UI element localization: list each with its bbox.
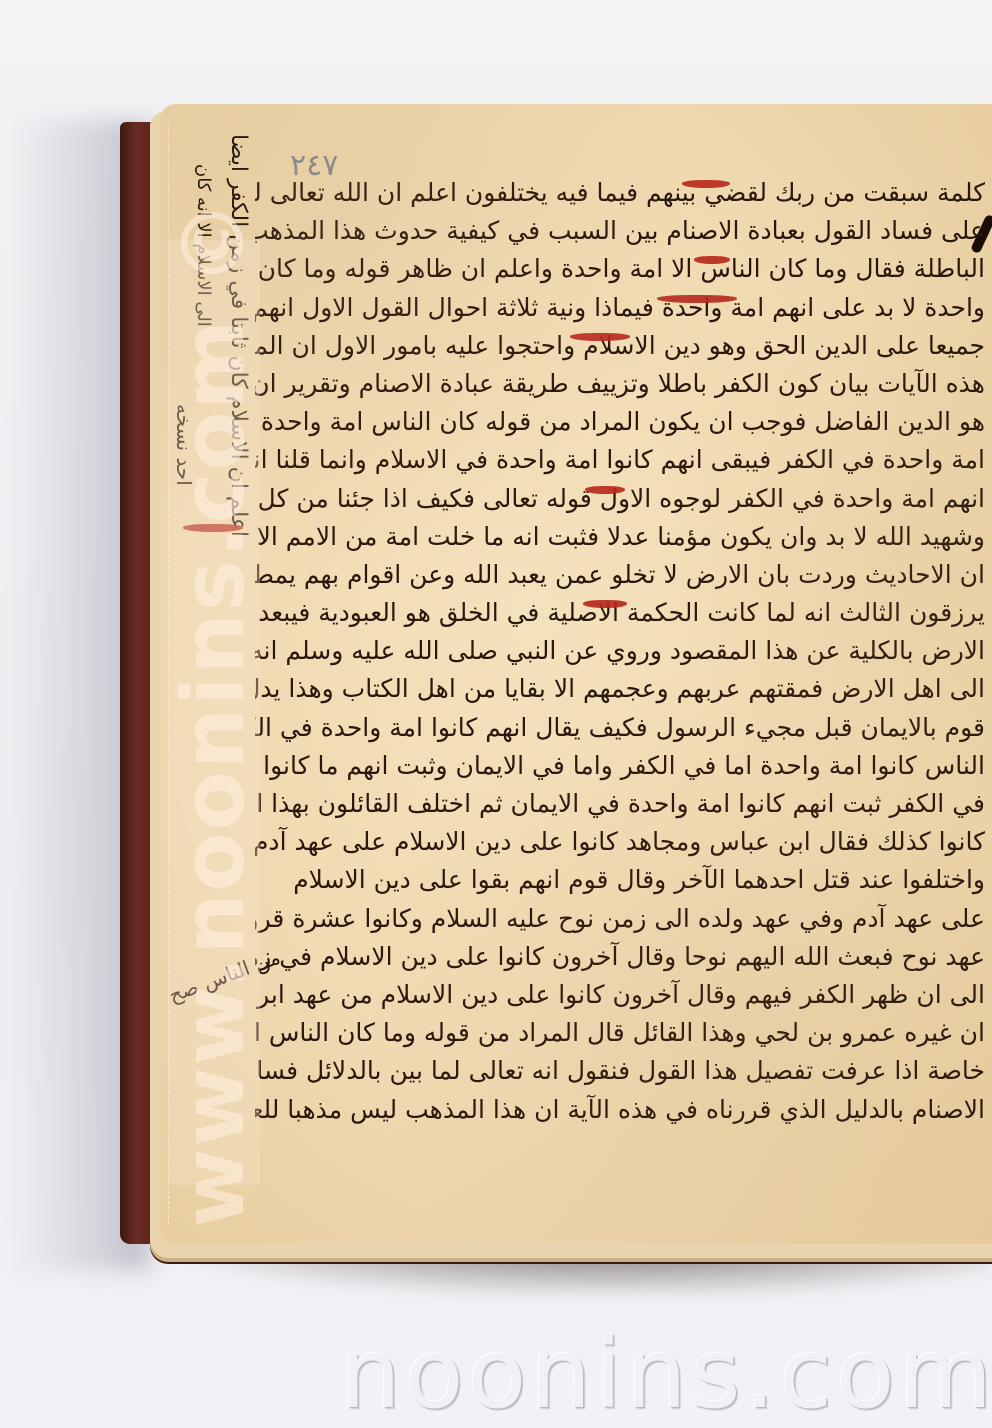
text-line: الباطلة فقال وما كان الناس الا امة واحدة… [255,250,985,288]
text-line: على فساد القول بعبادة الاصنام بين السبب … [255,212,985,250]
text-line: واختلفوا عند قتل احدهما الآخر وقال قوم ا… [255,861,985,899]
text-line: خاصة اذا عرفت تفصيل هذا القول فنقول انه … [255,1052,985,1090]
text-line: قوم بالايمان قبل مجيء الرسول فكيف يقال ا… [255,709,985,747]
rubric-overline [657,295,737,303]
text-line: ان الاحاديث وردت بان الارض لا تخلو عمن ي… [255,556,985,594]
text-line: هو الدين الفاضل فوجب ان يكون المراد من ق… [255,403,985,441]
main-text-block: كلمة سبقت من ربك لقضي بينهم فيما فيه يخت… [255,174,985,1124]
text-line: كلمة سبقت من ربك لقضي بينهم فيما فيه يخت… [255,174,985,212]
text-line: انهم امة واحدة في الكفر لوجوه الاول قوله… [255,480,985,518]
text-line: الناس كانوا امة واحدة اما في الكفر واما … [255,747,985,785]
rubric-overline [682,180,730,188]
watermark-vertical-text: www.noonins.com © [164,197,264,1227]
text-line: امة واحدة في الكفر فيبقى انهم كانوا امة … [255,441,985,479]
text-line: جميعا على الدين الحق وهو دين الاسلام واح… [255,327,985,365]
text-line: واحدة لا بد على انهم امة واحدة فيماذا ون… [255,289,985,327]
text-line: عهد نوح فبعث الله اليهم نوحا وقال آخرون … [255,938,985,976]
watermark-bottom: noonins.com [340,1318,992,1428]
manuscript-page: ٢٤٧ اعلم ان الاسلام كان ثابتا في زمن الك… [160,104,992,1244]
watermark-vertical: www.noonins.com © [168,240,260,1185]
text-line: في الكفر ثبت انهم كانوا امة واحدة في الا… [255,785,985,823]
text-line: الى ان ظهر الكفر فيهم وقال آخرون كانوا ع… [255,976,985,1014]
text-line: ان غيره عمرو بن لحي وهذا القائل قال المر… [255,1014,985,1052]
text-line: الاصنام بالدليل الذي قررناه في هذه الآية… [255,1091,985,1129]
text-line: هذه الآيات بيان كون الكفر باطلا وتزييف ط… [255,365,985,403]
rubric-overline [585,486,625,494]
text-line: على عهد آدم وفي عهد ولده الى زمن نوح علي… [255,900,985,938]
text-line: الى اهل الارض فمقتهم عربهم وعجمهم الا بق… [255,670,985,708]
text-line: كانوا كذلك فقال ابن عباس ومجاهد كانوا عل… [255,823,985,861]
rubric-overline [570,333,630,341]
text-line: وشهيد الله لا بد وان يكون مؤمنا عدلا فثب… [255,518,985,556]
text-line: الارض بالكلية عن هذا المقصود وروي عن الن… [255,632,985,670]
